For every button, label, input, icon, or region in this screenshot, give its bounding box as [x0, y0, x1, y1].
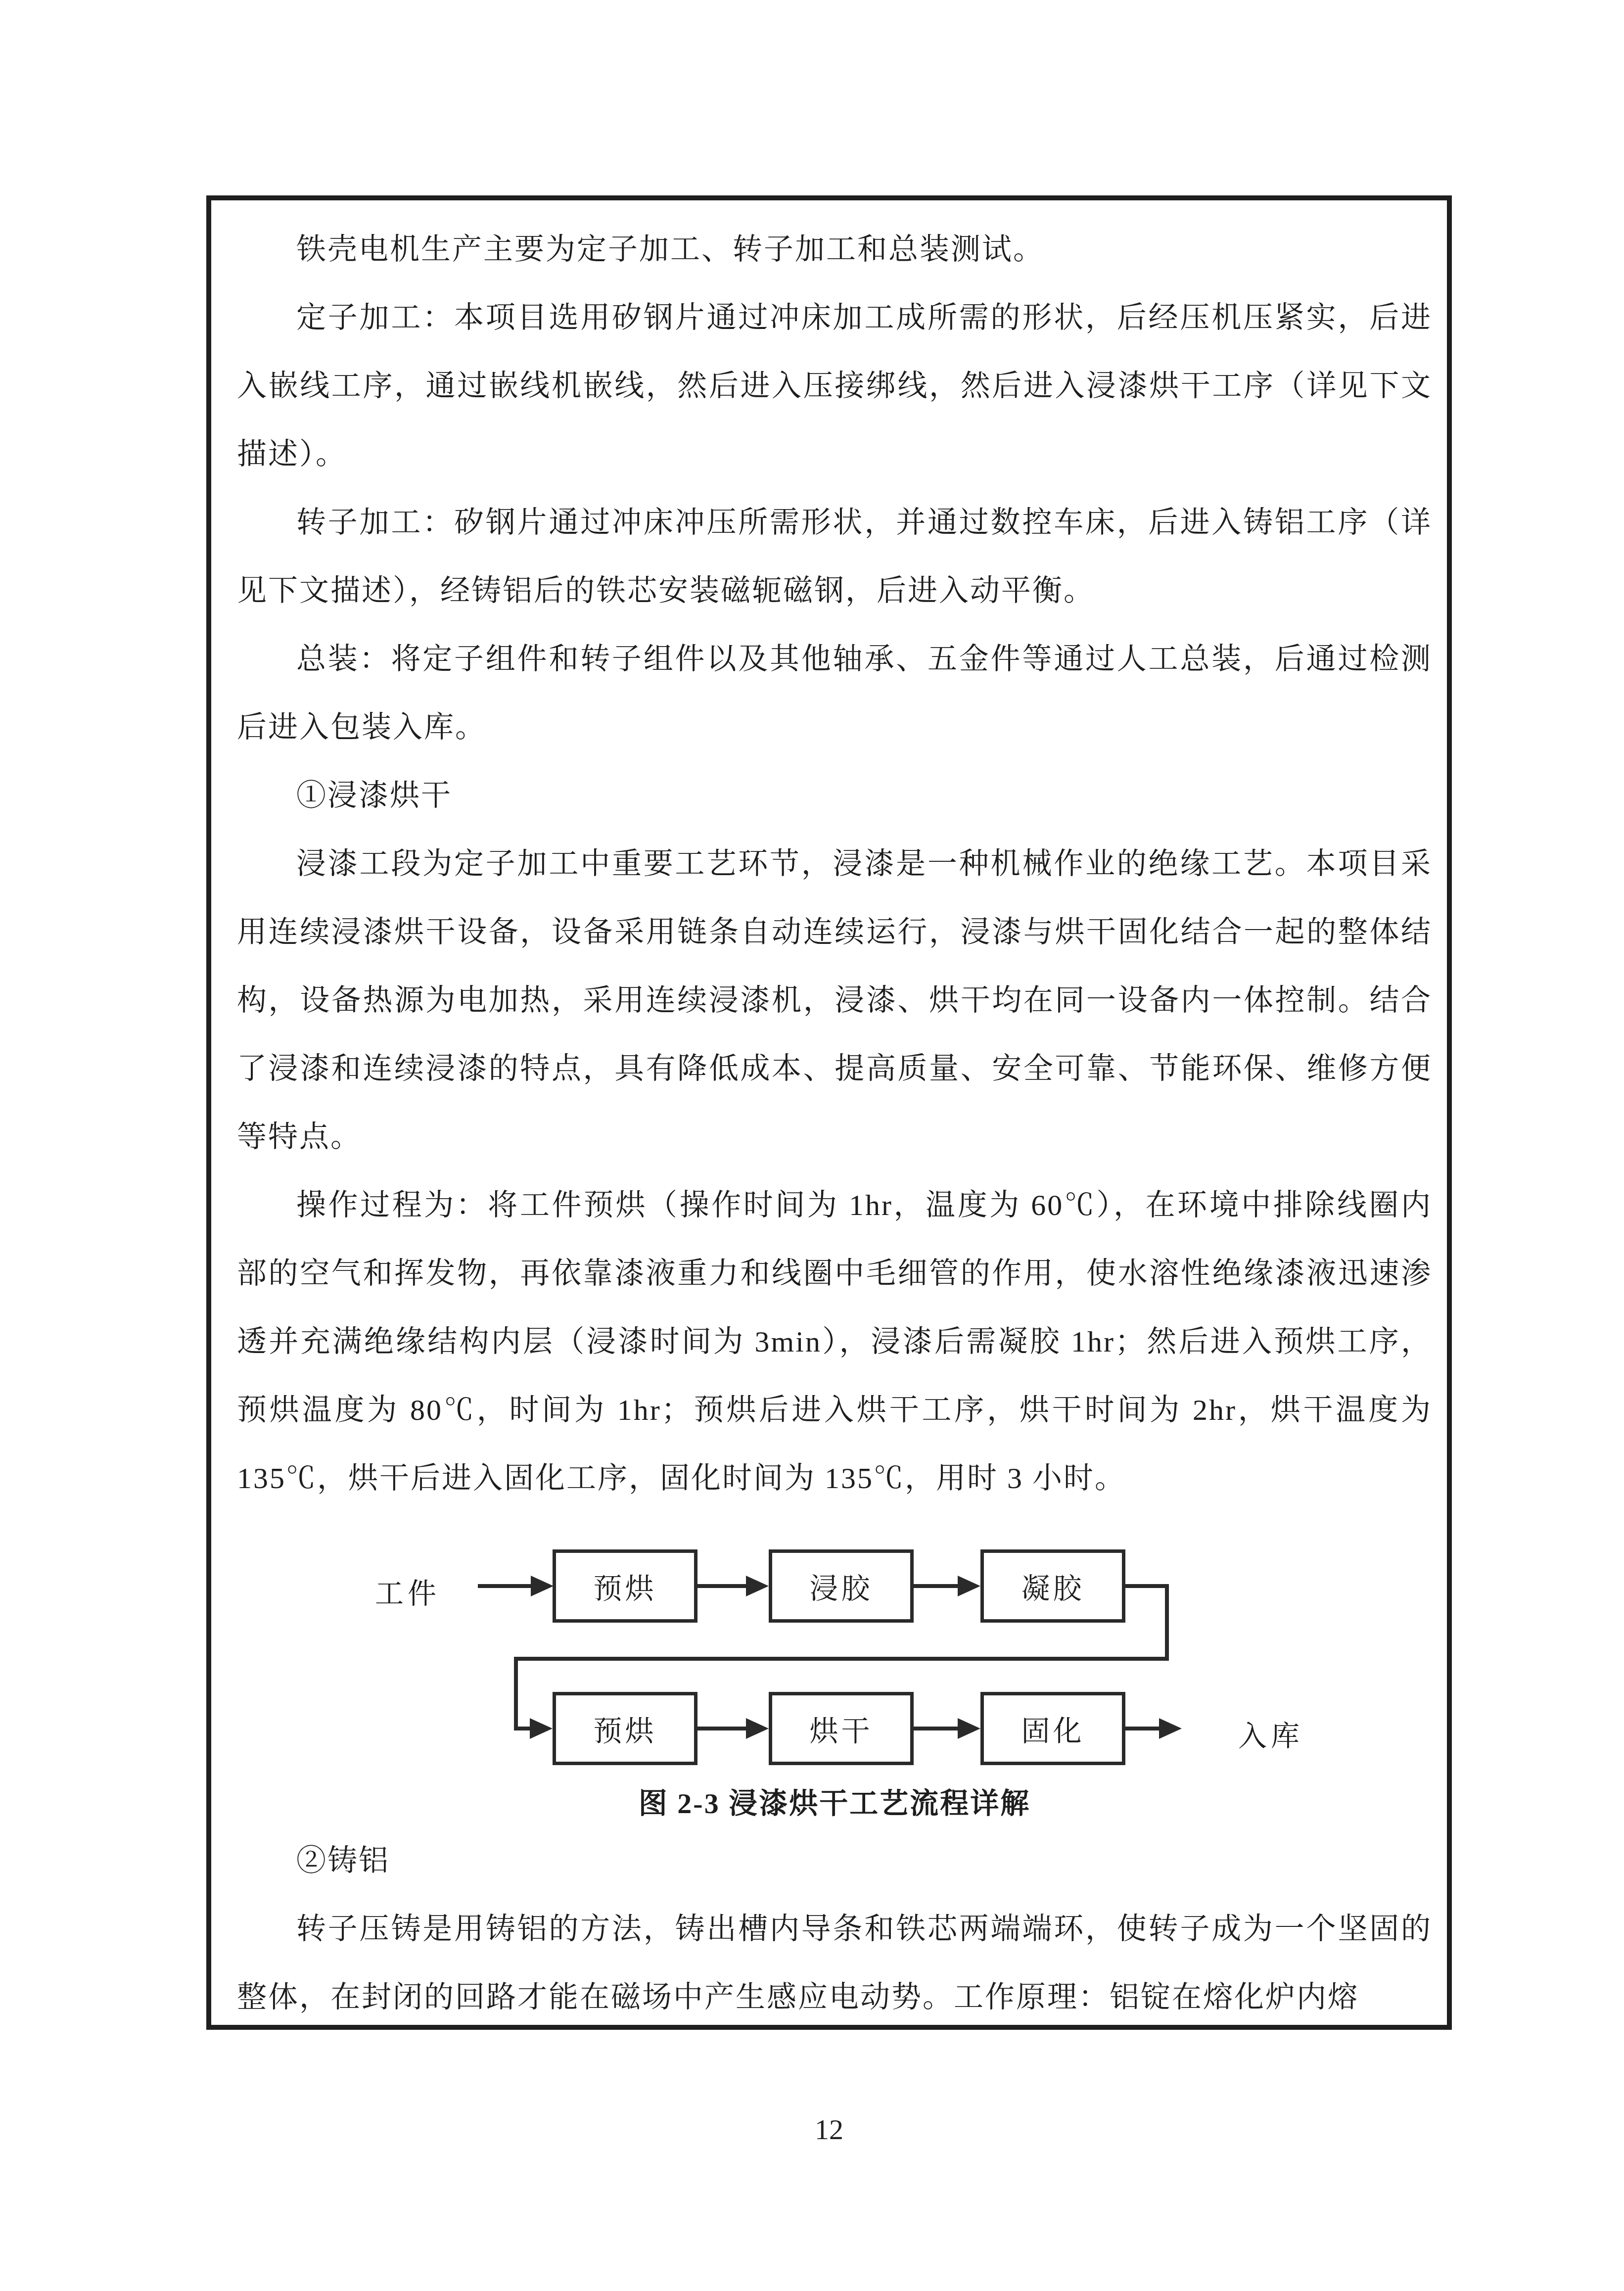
figure-flowchart: 工件 预烘 浸胶 凝胶 预烘 烘干 固化 入库 [237, 1540, 1432, 1772]
flow-step-box: 浸胶 [769, 1549, 914, 1623]
paragraph: 操作过程为：将工件预烘（操作时间为 1hr，温度为 60℃），在环境中排除线圈内… [237, 1171, 1432, 1512]
page-number: 12 [206, 2112, 1452, 2147]
flow-step-box: 预烘 [553, 1549, 697, 1623]
flow-step-box: 凝胶 [980, 1549, 1125, 1623]
flow-arrow-line [914, 1584, 959, 1588]
arrow-right-icon [958, 1576, 980, 1596]
content-border-box: 铁壳电机生产主要为定子加工、转子加工和总装测试。 定子加工：本项目选用矽钢片通过… [206, 195, 1452, 2030]
paragraph: 总装：将定子组件和转子组件以及其他轴承、五金件等通过人工总装，后通过检测后进入包… [237, 625, 1432, 761]
flow-end-label: 入库 [1231, 1713, 1310, 1754]
flow-step-box: 烘干 [769, 1692, 914, 1765]
paragraph: 浸漆工段为定子加工中重要工艺环节，浸漆是一种机械作业的绝缘工艺。本项目采用连续浸… [237, 830, 1432, 1171]
paragraph: 铁壳电机生产主要为定子加工、转子加工和总装测试。 [237, 215, 1432, 283]
flow-start-label: 工件 [373, 1570, 442, 1612]
list-item-cast-aluminum: ②铸铝 [237, 1826, 1432, 1895]
flow-step-box: 预烘 [553, 1692, 697, 1765]
arrow-right-icon [746, 1576, 769, 1596]
arrow-right-icon [1159, 1718, 1182, 1739]
flow-arrow-line [1125, 1727, 1160, 1730]
paragraph: 转子压铸是用铸铝的方法，铸出槽内导条和铁芯两端端环，使转子成为一个坚固的整体，在… [237, 1895, 1432, 2030]
flow-connector-line [1165, 1584, 1169, 1661]
arrow-right-icon [530, 1718, 553, 1739]
figure-caption: 图 2-3 浸漆烘干工艺流程详解 [237, 1781, 1432, 1826]
flow-arrow-line [478, 1584, 532, 1588]
arrow-right-icon [531, 1576, 554, 1596]
paragraph: 定子加工：本项目选用矽钢片通过冲床加工成所需的形状，后经压机压紧实，后进入嵌线工… [237, 283, 1432, 488]
flow-arrow-line [697, 1727, 747, 1730]
flow-arrow-line [914, 1727, 959, 1730]
paragraph: 转子加工：矽钢片通过冲床冲压所需形状，并通过数控车床，后进入铸铝工序（详见下文描… [237, 488, 1432, 625]
document-page: { "document": { "paragraphs_top": [ "铁壳电… [0, 0, 1624, 2291]
flow-connector-line [1125, 1584, 1169, 1588]
list-item-dip-paint-drying: ①浸漆烘干 [237, 761, 1432, 830]
flow-arrow-line [697, 1584, 747, 1588]
flow-connector-line [514, 1727, 532, 1730]
flow-connector-line [514, 1657, 1169, 1661]
arrow-right-icon [958, 1718, 980, 1739]
flow-connector-line [514, 1657, 518, 1730]
flow-step-box: 固化 [980, 1692, 1125, 1765]
arrow-right-icon [746, 1718, 769, 1739]
